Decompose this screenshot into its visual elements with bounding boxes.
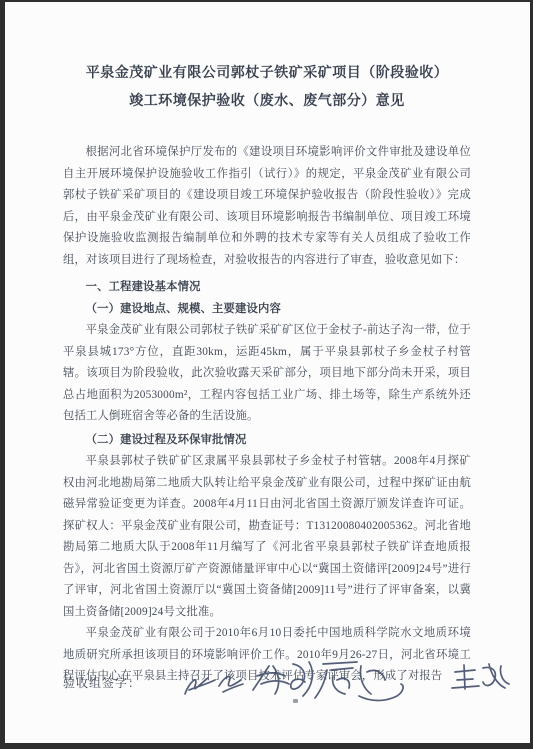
signature-ink-4	[452, 664, 509, 689]
handwritten-signatures	[175, 652, 520, 710]
section-1-1-paragraph: 平泉金茂矿业有限公司郭杖子铁矿采矿矿区位于金杖子-前达子沟一带，位于平泉县城17…	[63, 320, 471, 428]
document-page: 平泉金茂矿业有限公司郭杖子铁矿采矿项目（阶段验收） 竣工环境保护验收（废水、废气…	[5, 2, 530, 743]
document-title-line2: 竣工环境保护验收（废水、废气部分）意见	[63, 88, 471, 116]
document-content: 平泉金茂矿业有限公司郭杖子铁矿采矿项目（阶段验收） 竣工环境保护验收（废水、废气…	[63, 2, 471, 688]
signature-row: 验收组签字：	[63, 674, 141, 691]
scan-artifact	[293, 699, 298, 703]
section-1-2-paragraph-1: 平泉县郭杖子铁矿矿区隶属平泉县郭杖子乡金杖子村管辖。2008年4月探矿权由河北地…	[63, 451, 471, 623]
section-1-2-heading: （二）建设过程及环保审批情况	[63, 430, 471, 452]
intro-paragraph: 根据河北省环境保护厅发布的《建设项目环境影响评价文件审批及建设单位自主开展环境保…	[63, 142, 471, 271]
signature-ink-1	[185, 676, 243, 694]
section-1-1-heading: （一）建设地点、规模、主要建设内容	[63, 299, 471, 321]
document-title: 平泉金茂矿业有限公司郭杖子铁矿采矿项目（阶段验收） 竣工环境保护验收（废水、废气…	[63, 60, 471, 116]
signature-ink-2	[253, 662, 312, 696]
section-1-heading: 一、工程建设基本情况	[63, 277, 471, 299]
signature-ink-3	[315, 662, 403, 701]
signature-label: 验收组签字：	[63, 676, 141, 690]
document-title-line1: 平泉金茂矿业有限公司郭杖子铁矿采矿项目（阶段验收）	[63, 60, 471, 88]
